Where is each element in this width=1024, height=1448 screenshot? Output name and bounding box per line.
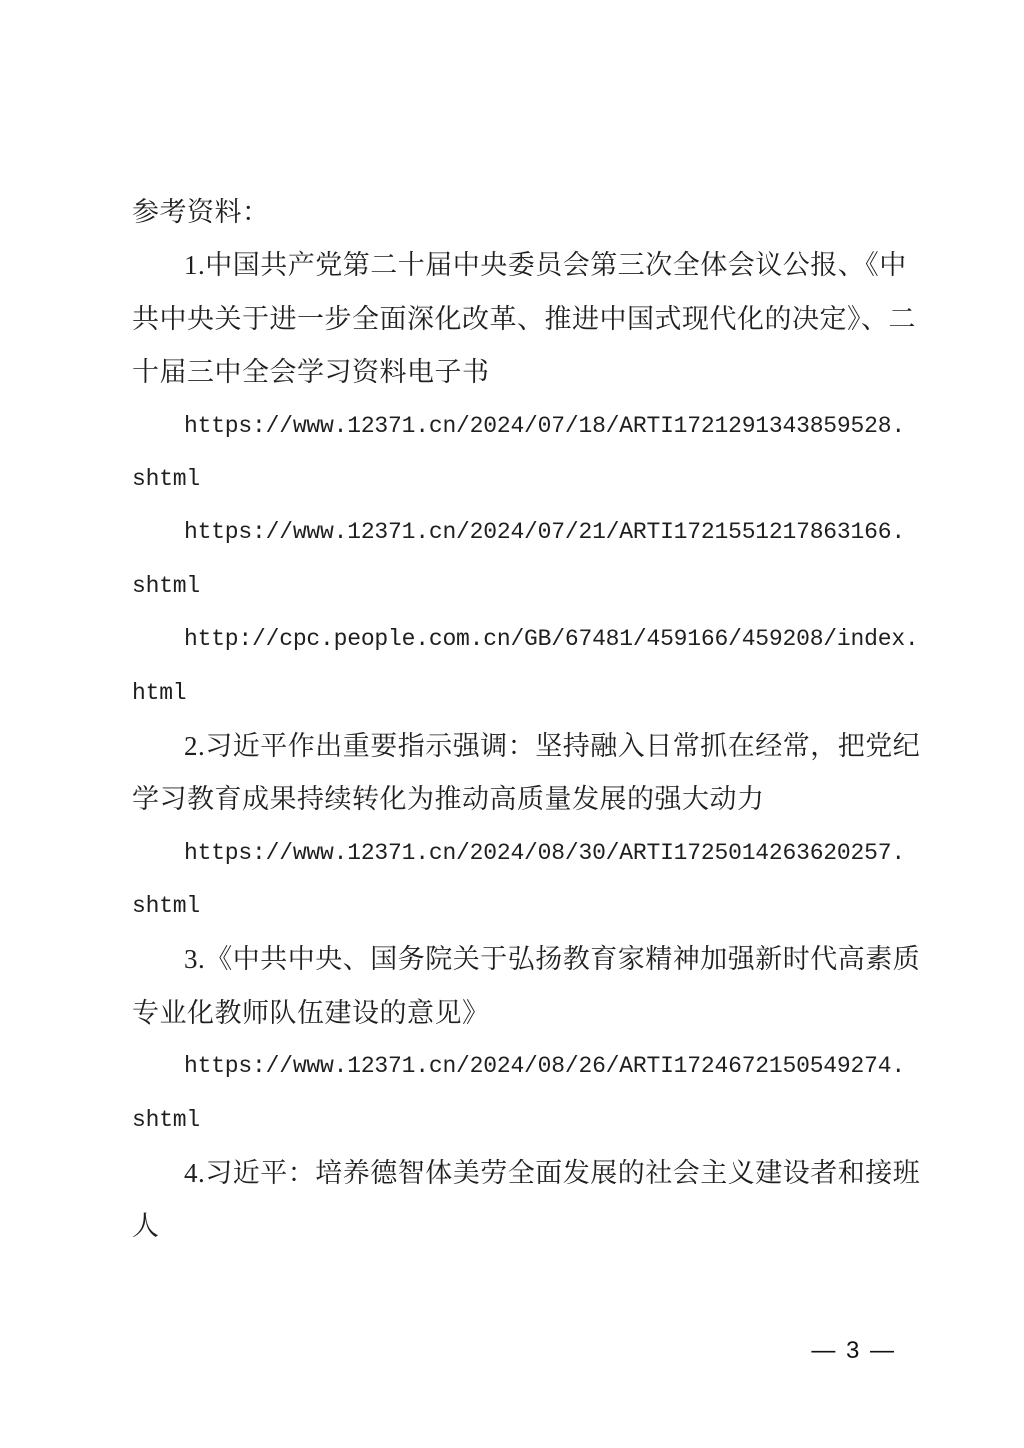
ref-1-url-3-line-2: html xyxy=(132,667,922,720)
ref-3-text-line-2: 专业化教师队伍建设的意见》 xyxy=(132,987,922,1040)
ref-1-url-2-line-2: shtml xyxy=(132,560,922,613)
ref-1-url-2-line-1: https://www.12371.cn/2024/07/21/ARTI1721… xyxy=(132,506,922,559)
page-number: — 3 — xyxy=(811,1336,896,1366)
ref-3-text-line-1: 3.《中共中央、国务院关于弘扬教育家精神加强新时代高素质 xyxy=(132,933,922,986)
ref-2-url-1-line-1: https://www.12371.cn/2024/08/30/ARTI1725… xyxy=(132,827,922,880)
document-page: 参考资料： 1.中国共产党第二十届中央委员会第三次全体会议公报、《中 共中央关于… xyxy=(0,0,1024,1448)
ref-4-text-line-1: 4.习近平：培养德智体美劳全面发展的社会主义建设者和接班 xyxy=(132,1147,922,1200)
ref-1-text-line-1: 1.中国共产党第二十届中央委员会第三次全体会议公报、《中 xyxy=(132,239,922,292)
ref-1-url-1-line-2: shtml xyxy=(132,453,922,506)
ref-2-url-1-line-2: shtml xyxy=(132,880,922,933)
references-section: 参考资料： 1.中国共产党第二十届中央委员会第三次全体会议公报、《中 共中央关于… xyxy=(132,186,922,1254)
references-heading: 参考资料： xyxy=(132,186,922,239)
ref-3-url-1-line-2: shtml xyxy=(132,1094,922,1147)
ref-2-text-line-1: 2.习近平作出重要指示强调：坚持融入日常抓在经常，把党纪 xyxy=(132,720,922,773)
ref-1-url-3-line-1: http://cpc.people.com.cn/GB/67481/459166… xyxy=(132,613,922,666)
ref-4-text-line-2: 人 xyxy=(132,1200,922,1253)
ref-1-text-line-3: 十届三中全会学习资料电子书 xyxy=(132,346,922,399)
ref-2-text-line-2: 学习教育成果持续转化为推动高质量发展的强大动力 xyxy=(132,773,922,826)
ref-1-url-1-line-1: https://www.12371.cn/2024/07/18/ARTI1721… xyxy=(132,400,922,453)
ref-1-text-line-2: 共中央关于进一步全面深化改革、推进中国式现代化的决定》、二 xyxy=(132,293,922,346)
ref-3-url-1-line-1: https://www.12371.cn/2024/08/26/ARTI1724… xyxy=(132,1040,922,1093)
